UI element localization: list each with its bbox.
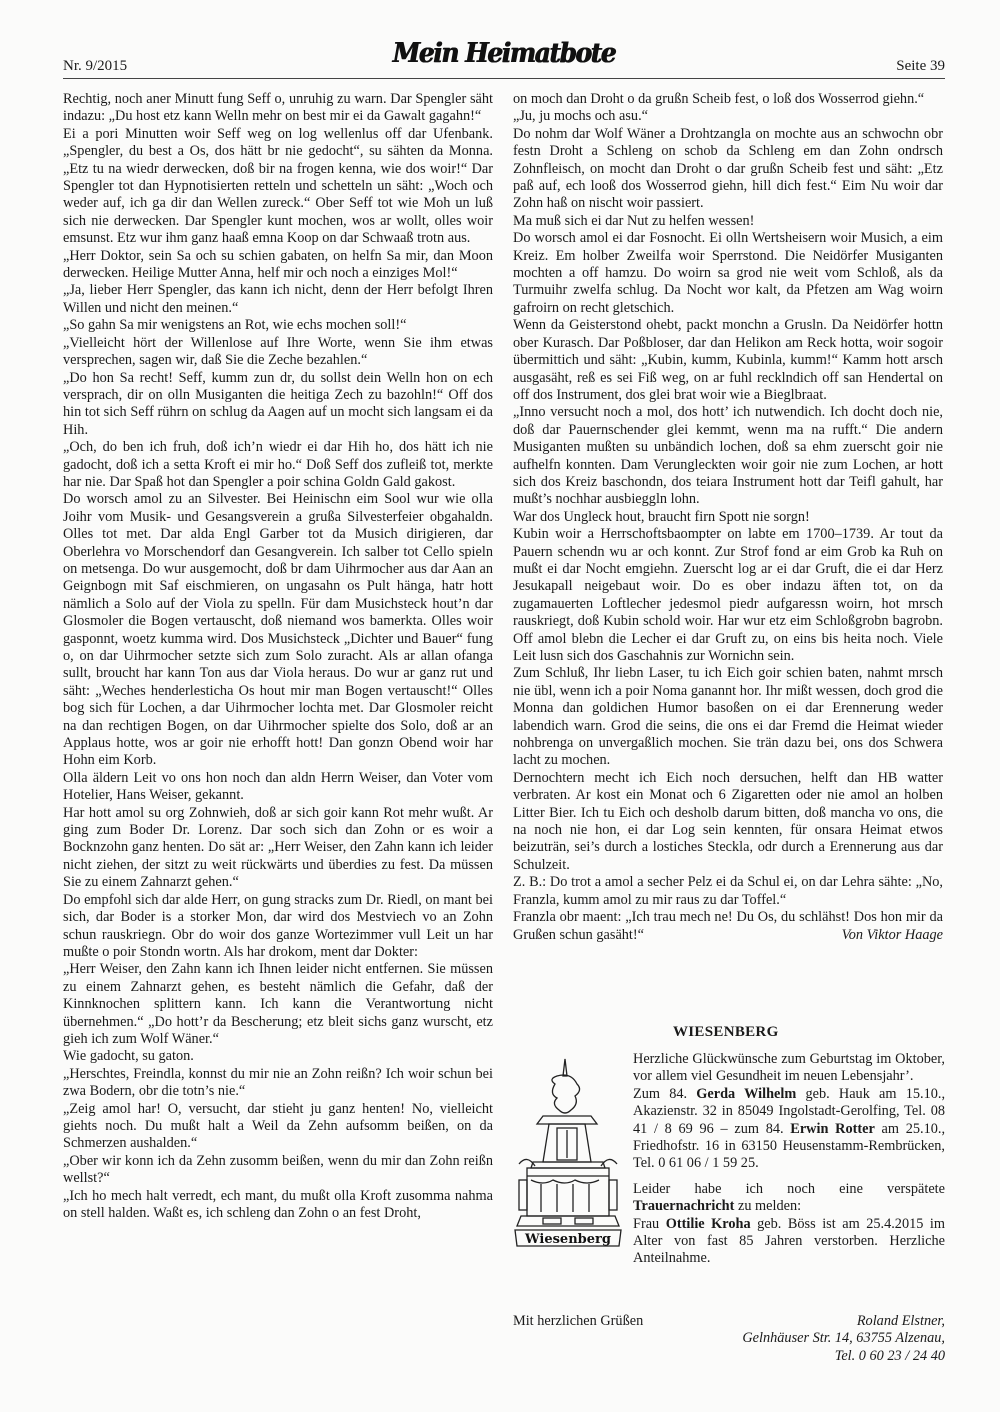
wiesenberg-section: WIESENBERG (513, 1024, 945, 1354)
obituary-heading: Trauernachricht (633, 1198, 734, 1214)
paragraph: Har hott amol su org Zohnwieh, doß ar si… (63, 805, 493, 892)
sender-name: Roland Elstner, (645, 1313, 945, 1330)
obituary-intro-end: zu melden: (738, 1198, 801, 1214)
wiesenberg-fountain-illustration: Wiesenberg (513, 1054, 623, 1249)
paragraph: War dos Ungleck hout, braucht firn Spott… (513, 509, 943, 526)
fountain-icon: Wiesenberg (513, 1054, 623, 1249)
paragraph: Olla äldern Leit vo ons hon noch dan ald… (63, 770, 493, 805)
page-number: Seite 39 (896, 58, 945, 75)
paragraph: Wie gadocht, su gaton. (63, 1048, 493, 1065)
birthday-entry: Zum 84. Gerda Wilhelm geb. Hauk am 15.10… (633, 1086, 945, 1173)
paragraph: „Do hon Sa recht! Seff, kumm zun dr, du … (63, 370, 493, 440)
paragraph: Rechtig, noch aner Minutt fung Seff o, u… (63, 91, 493, 126)
paragraph: Zum Schluß, Ihr liebn Laser, tu ich Eich… (513, 665, 943, 769)
paragraph: „Herr Doktor, sein Sa och su schien gaba… (63, 248, 493, 283)
paragraph: „Ju, ju mochs och asu.“ (513, 108, 943, 125)
paragraph: „Ober wir konn ich da Zehn zusomm beißen… (63, 1153, 493, 1188)
paragraph: „Ja, lieber Herr Spengler, das kann ich … (63, 282, 493, 317)
author-byline: Von Viktor Haage (842, 927, 943, 944)
person-name: Gerda Wilhelm (696, 1086, 796, 1102)
article-column-right: on moch dan Droht o da grußn Scheib fest… (513, 91, 943, 944)
masthead-logo: Mein Heimatbote (393, 38, 616, 69)
wiesenberg-text: Herzliche Glückwünsche zum Geburtstag im… (633, 1051, 945, 1268)
paragraph: Do nohm dar Wolf Wäner a Drohtzangla on … (513, 126, 943, 213)
paragraph: on moch dan Droht o da grußn Scheib fest… (513, 91, 943, 108)
paragraph: Z. B.: Do trot a amol a secher Pelz ei d… (513, 874, 943, 909)
paragraph: Do empfohl sich dar alde Herr, on gung s… (63, 892, 493, 962)
obituary-notice: Leider habe ich noch eine verspätete Tra… (633, 1181, 945, 1268)
page-header: Nr. 9/2015 Mein Heimatbote Seite 39 (63, 38, 945, 80)
paragraph: „Och, do ben ich fruh, doß ich’n wiedr e… (63, 439, 493, 491)
paragraph: Kubin woir a Herrschoftsbaompter on labt… (513, 526, 943, 665)
header-divider (63, 78, 945, 79)
paragraph: „Ich ho mech halt verredt, ech mant, du … (63, 1188, 493, 1223)
article-column-left: Rechtig, noch aner Minutt fung Seff o, u… (63, 91, 493, 1222)
paragraph: Dernochtern mecht ich Eich noch dersuche… (513, 770, 943, 874)
paragraph: „So gahn Sa mir wenigstens an Rot, wie e… (63, 317, 493, 334)
paragraph: Ei a pori Minutten woir Seff weg on log … (63, 126, 493, 248)
birthday-greeting: Herzliche Glückwünsche zum Geburtstag im… (633, 1051, 945, 1086)
paragraph: „Herschtes, Freindla, konnst du mir nie … (63, 1066, 493, 1101)
paragraph: Do worsch amol ei dar Fosnocht. Ei olln … (513, 230, 943, 317)
obituary-intro: Leider habe ich noch eine verspätete (633, 1181, 945, 1197)
salutation: Frau (633, 1216, 659, 1232)
section-title: WIESENBERG (673, 1024, 779, 1041)
closing-greeting: Mit herzlichen Grüßen (513, 1313, 643, 1330)
person-name: Erwin Rotter (790, 1121, 875, 1137)
paragraph: Wenn da Geisterstond ohebt, packt monchn… (513, 317, 943, 404)
sender-address: Gelnhäuser Str. 14, 63755 Alzenau, (645, 1330, 945, 1347)
paragraph-with-byline: Franzla obr maent: „Ich trau mech ne! Du… (513, 909, 943, 944)
paragraph: „Inno versucht noch a mol, dos hott’ ich… (513, 404, 943, 508)
deceased-name: Ottilie Kroha (666, 1216, 751, 1232)
paragraph: Do worsch amol zu an Silvester. Bei Hein… (63, 491, 493, 770)
sender-phone: Tel. 0 60 23 / 24 40 (645, 1348, 945, 1365)
svg-text:Wiesenberg: Wiesenberg (524, 1232, 611, 1247)
paragraph: Ma muß sich ei dar Nut zu helfen wessen! (513, 213, 943, 230)
paragraph: „Herr Weiser, den Zahn kann ich Ihnen le… (63, 961, 493, 1048)
sender-block: Roland Elstner, Gelnhäuser Str. 14, 6375… (645, 1313, 945, 1365)
paragraph: „Vielleicht hört der Willenlose auf Ihre… (63, 335, 493, 370)
age-label: Zum 84. (633, 1086, 687, 1102)
issue-number: Nr. 9/2015 (63, 58, 127, 75)
paragraph: „Zeig amol har! O, versucht, dar stieht … (63, 1101, 493, 1153)
